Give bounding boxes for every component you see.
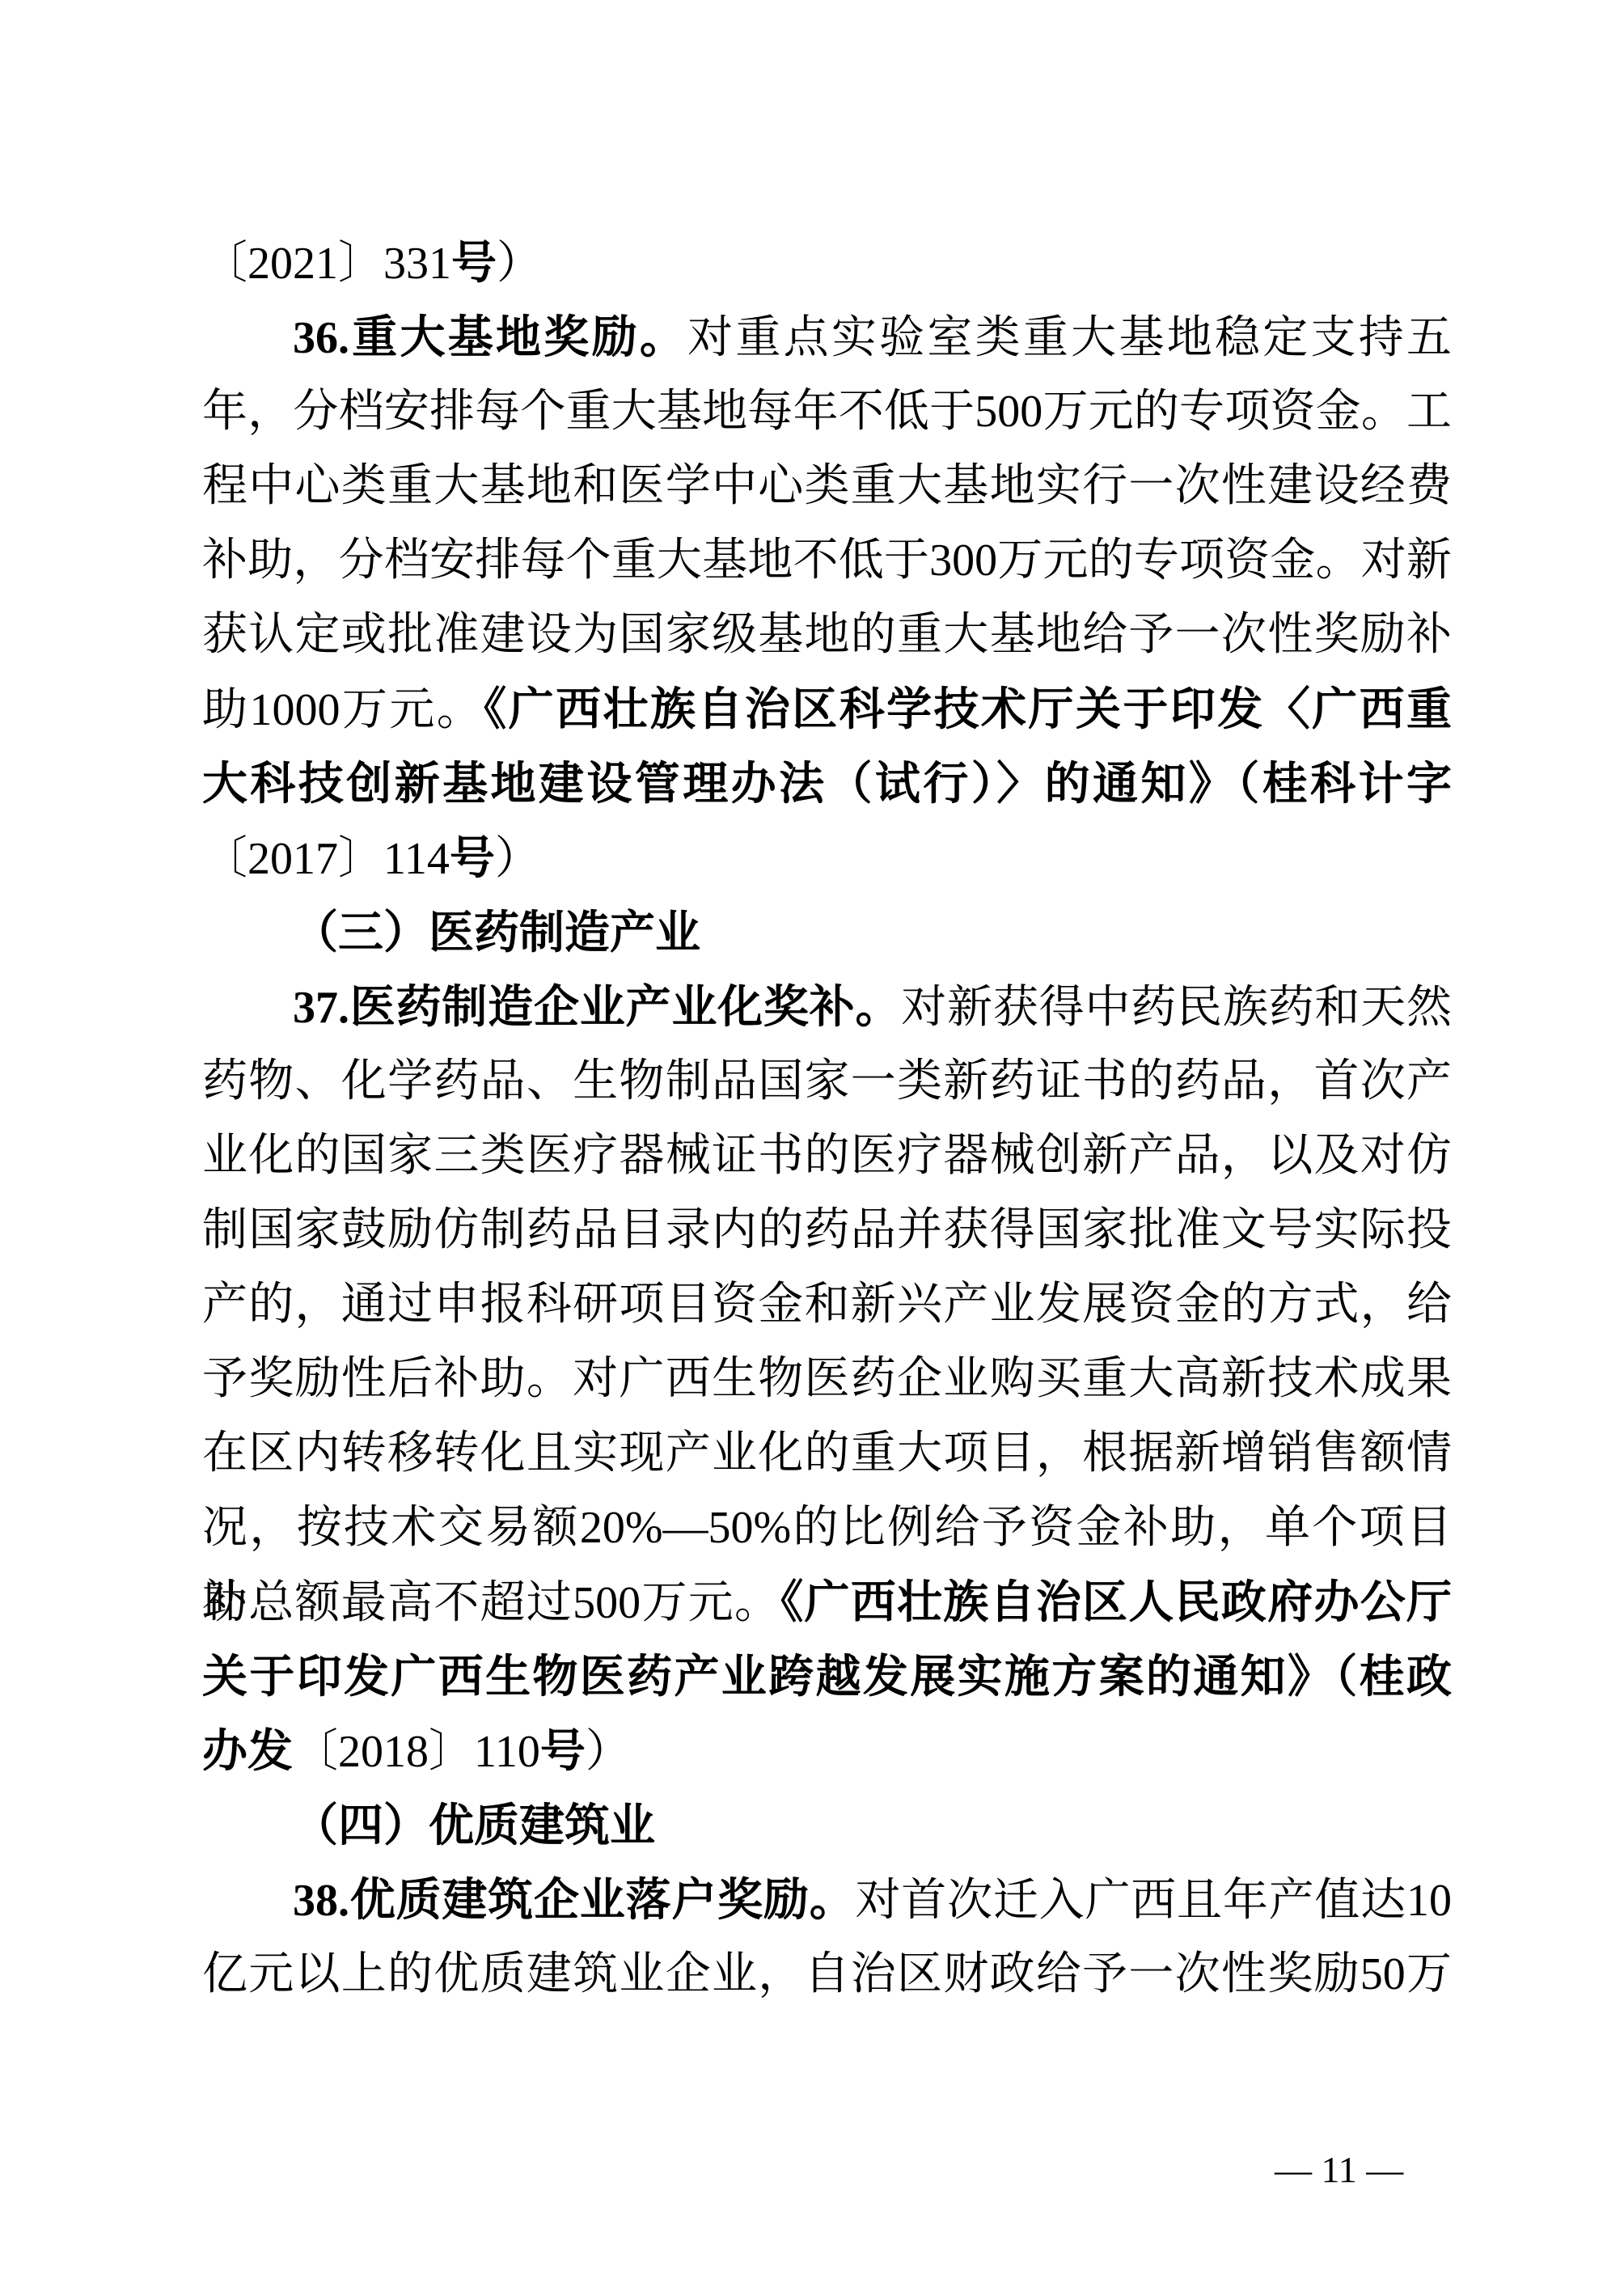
text-segment: 况，按技术交易额: [202, 1503, 580, 1553]
text-segment: 号: [450, 832, 495, 883]
text-line: 37.医药制造企业产业化奖补。对新获得中药民族药和天然: [202, 970, 1452, 1044]
text-segment: （三）医药制造产业: [293, 907, 700, 958]
text-segment: 予奖励性后补助。对广西生物医药企业购买重大高新技术成果: [202, 1354, 1452, 1404]
text-segment: 37.: [293, 983, 349, 1033]
text-line: 制国家鼓励仿制药品目录内的药品并获得国家批准文号实际投: [202, 1193, 1452, 1267]
text-segment: 制国家鼓励仿制药品目录内的药品并获得国家批准文号实际投: [202, 1205, 1452, 1255]
text-segment: 10: [1406, 1876, 1452, 1926]
text-segment: 补助，分档安排每个重大基地不低于: [202, 535, 929, 586]
text-line: 办发〔2018〕110号）: [202, 1714, 1452, 1788]
text-line: 予奖励性后补助。对广西生物医药企业购买重大高新技术成果: [202, 1342, 1452, 1416]
text-line: 产的，通过申报科研项目资金和新兴产业发展资金的方式，给: [202, 1267, 1452, 1342]
text-segment: 万元的专项资金。对新: [997, 535, 1452, 586]
text-line: 38.优质建筑企业落户奖励。对首次迁入广西且年产值达10: [202, 1863, 1452, 1937]
text-segment: 产的，通过申报科研项目资金和新兴产业发展资金的方式，给: [202, 1280, 1452, 1330]
text-segment: 万元的专项资金。工: [1042, 387, 1452, 437]
text-line: 获认定或批准建设为国家级基地的重大基地给予一次性奖励补: [202, 598, 1452, 672]
text-segment: 助总额最高不超过: [202, 1578, 573, 1628]
text-segment: ）: [586, 1727, 631, 1777]
text-segment: 年，分档安排每个重大基地每年不低于: [202, 387, 975, 437]
text-segment: 对新获得中药民族药和天然: [901, 983, 1452, 1033]
text-segment: 助: [202, 685, 249, 735]
text-segment: 程中心类重大基地和医学中心类重大基地实行一次性建设经费: [202, 461, 1452, 511]
text-line: 程中心类重大基地和医学中心类重大基地实行一次性建设经费: [202, 449, 1452, 523]
text-line: 药物、化学药品、生物制品国家一类新药证书的药品，首次产: [202, 1044, 1452, 1119]
text-segment: 万元。: [340, 685, 484, 735]
text-segment: 药物、化学药品、生物制品国家一类新药证书的药品，首次产: [202, 1056, 1452, 1106]
document-text-block: 〔2021〕331号）36.重大基地奖励。对重点实验室类重大基地稳定支持五年，分…: [202, 226, 1452, 2012]
text-segment: 〔2018〕110: [293, 1727, 540, 1777]
document-page: 〔2021〕331号）36.重大基地奖励。对重点实验室类重大基地稳定支持五年，分…: [0, 0, 1624, 2293]
text-segment: 医药制造企业产业化奖补。: [349, 981, 901, 1032]
text-segment: 〔2017〕114: [202, 834, 450, 884]
text-segment: 500: [573, 1578, 641, 1628]
text-segment: 优质建筑企业落户奖励。: [349, 1874, 856, 1925]
text-segment: ）: [497, 239, 542, 289]
text-line: 〔2021〕331号）: [202, 226, 1452, 300]
text-line: （四）优质建筑业: [202, 1788, 1452, 1863]
text-segment: 亿元以上的优质建筑业企业，自治区财政给予一次性奖励: [202, 1949, 1360, 1999]
text-segment: 300: [929, 535, 997, 586]
text-segment: 500: [975, 387, 1042, 437]
text-segment: 号: [540, 1725, 586, 1776]
text-segment: 20%—50%: [580, 1503, 791, 1553]
text-line: 36.重大基地奖励。对重点实验室类重大基地稳定支持五: [202, 300, 1452, 374]
text-line: （三）医药制造产业: [202, 895, 1452, 970]
text-segment: 1000: [249, 685, 340, 735]
text-segment: 万元。: [641, 1578, 780, 1628]
text-segment: 〔2021〕331: [202, 239, 451, 289]
text-line: 助总额最高不超过500万元。《广西壮族自治区人民政府办公厅: [202, 1565, 1452, 1639]
text-segment: 《广西壮族自治区人民政府办公厅: [780, 1576, 1452, 1627]
text-segment: 号: [451, 237, 497, 288]
text-line: 关于印发广西生物医药产业跨越发展实施方案的通知》（桂政: [202, 1639, 1452, 1714]
text-segment: 对首次迁入广西且年产值达: [856, 1876, 1407, 1926]
text-segment: 《广西壮族自治区科学技术厅关于印发〈广西重: [484, 683, 1452, 734]
text-segment: 38.: [293, 1876, 349, 1926]
text-line: 年，分档安排每个重大基地每年不低于500万元的专项资金。工: [202, 374, 1452, 449]
text-line: 在区内转移转化且实现产业化的重大项目，根据新增销售额情: [202, 1416, 1452, 1491]
text-segment: 50: [1360, 1949, 1406, 1999]
text-segment: 在区内转移转化且实现产业化的重大项目，根据新增销售额情: [202, 1428, 1452, 1479]
text-line: 况，按技术交易额20%—50%的比例给予资金补助，单个项目补: [202, 1491, 1452, 1565]
text-line: 〔2017〕114号）: [202, 821, 1452, 895]
text-segment: ）: [495, 834, 540, 884]
text-line: 助1000万元。《广西壮族自治区科学技术厅关于印发〈广西重: [202, 672, 1452, 747]
text-segment: 万: [1406, 1949, 1452, 1999]
text-segment: 对重点实验室类重大基地稳定支持五: [687, 313, 1452, 363]
text-segment: 重大基地奖励。: [349, 311, 687, 362]
text-segment: 办发: [202, 1725, 293, 1776]
text-line: 补助，分档安排每个重大基地不低于300万元的专项资金。对新: [202, 523, 1452, 598]
page-number: — 11 —: [1275, 2146, 1403, 2194]
text-segment: 36.: [293, 313, 349, 363]
text-segment: 业化的国家三类医疗器械证书的医疗器械创新产品，以及对仿: [202, 1131, 1452, 1181]
text-line: 大科技创新基地建设管理办法（试行）〉的通知》（桂科计字: [202, 747, 1452, 821]
text-segment: 大科技创新基地建设管理办法（试行）〉的通知》（桂科计字: [202, 758, 1452, 809]
text-segment: 获认定或批准建设为国家级基地的重大基地给予一次性奖励补: [202, 610, 1452, 660]
text-line: 亿元以上的优质建筑业企业，自治区财政给予一次性奖励50万: [202, 1937, 1452, 2012]
text-segment: 关于印发广西生物医药产业跨越发展实施方案的通知》（桂政: [202, 1651, 1452, 1702]
text-line: 业化的国家三类医疗器械证书的医疗器械创新产品，以及对仿: [202, 1119, 1452, 1193]
text-segment: （四）优质建筑业: [293, 1800, 655, 1851]
